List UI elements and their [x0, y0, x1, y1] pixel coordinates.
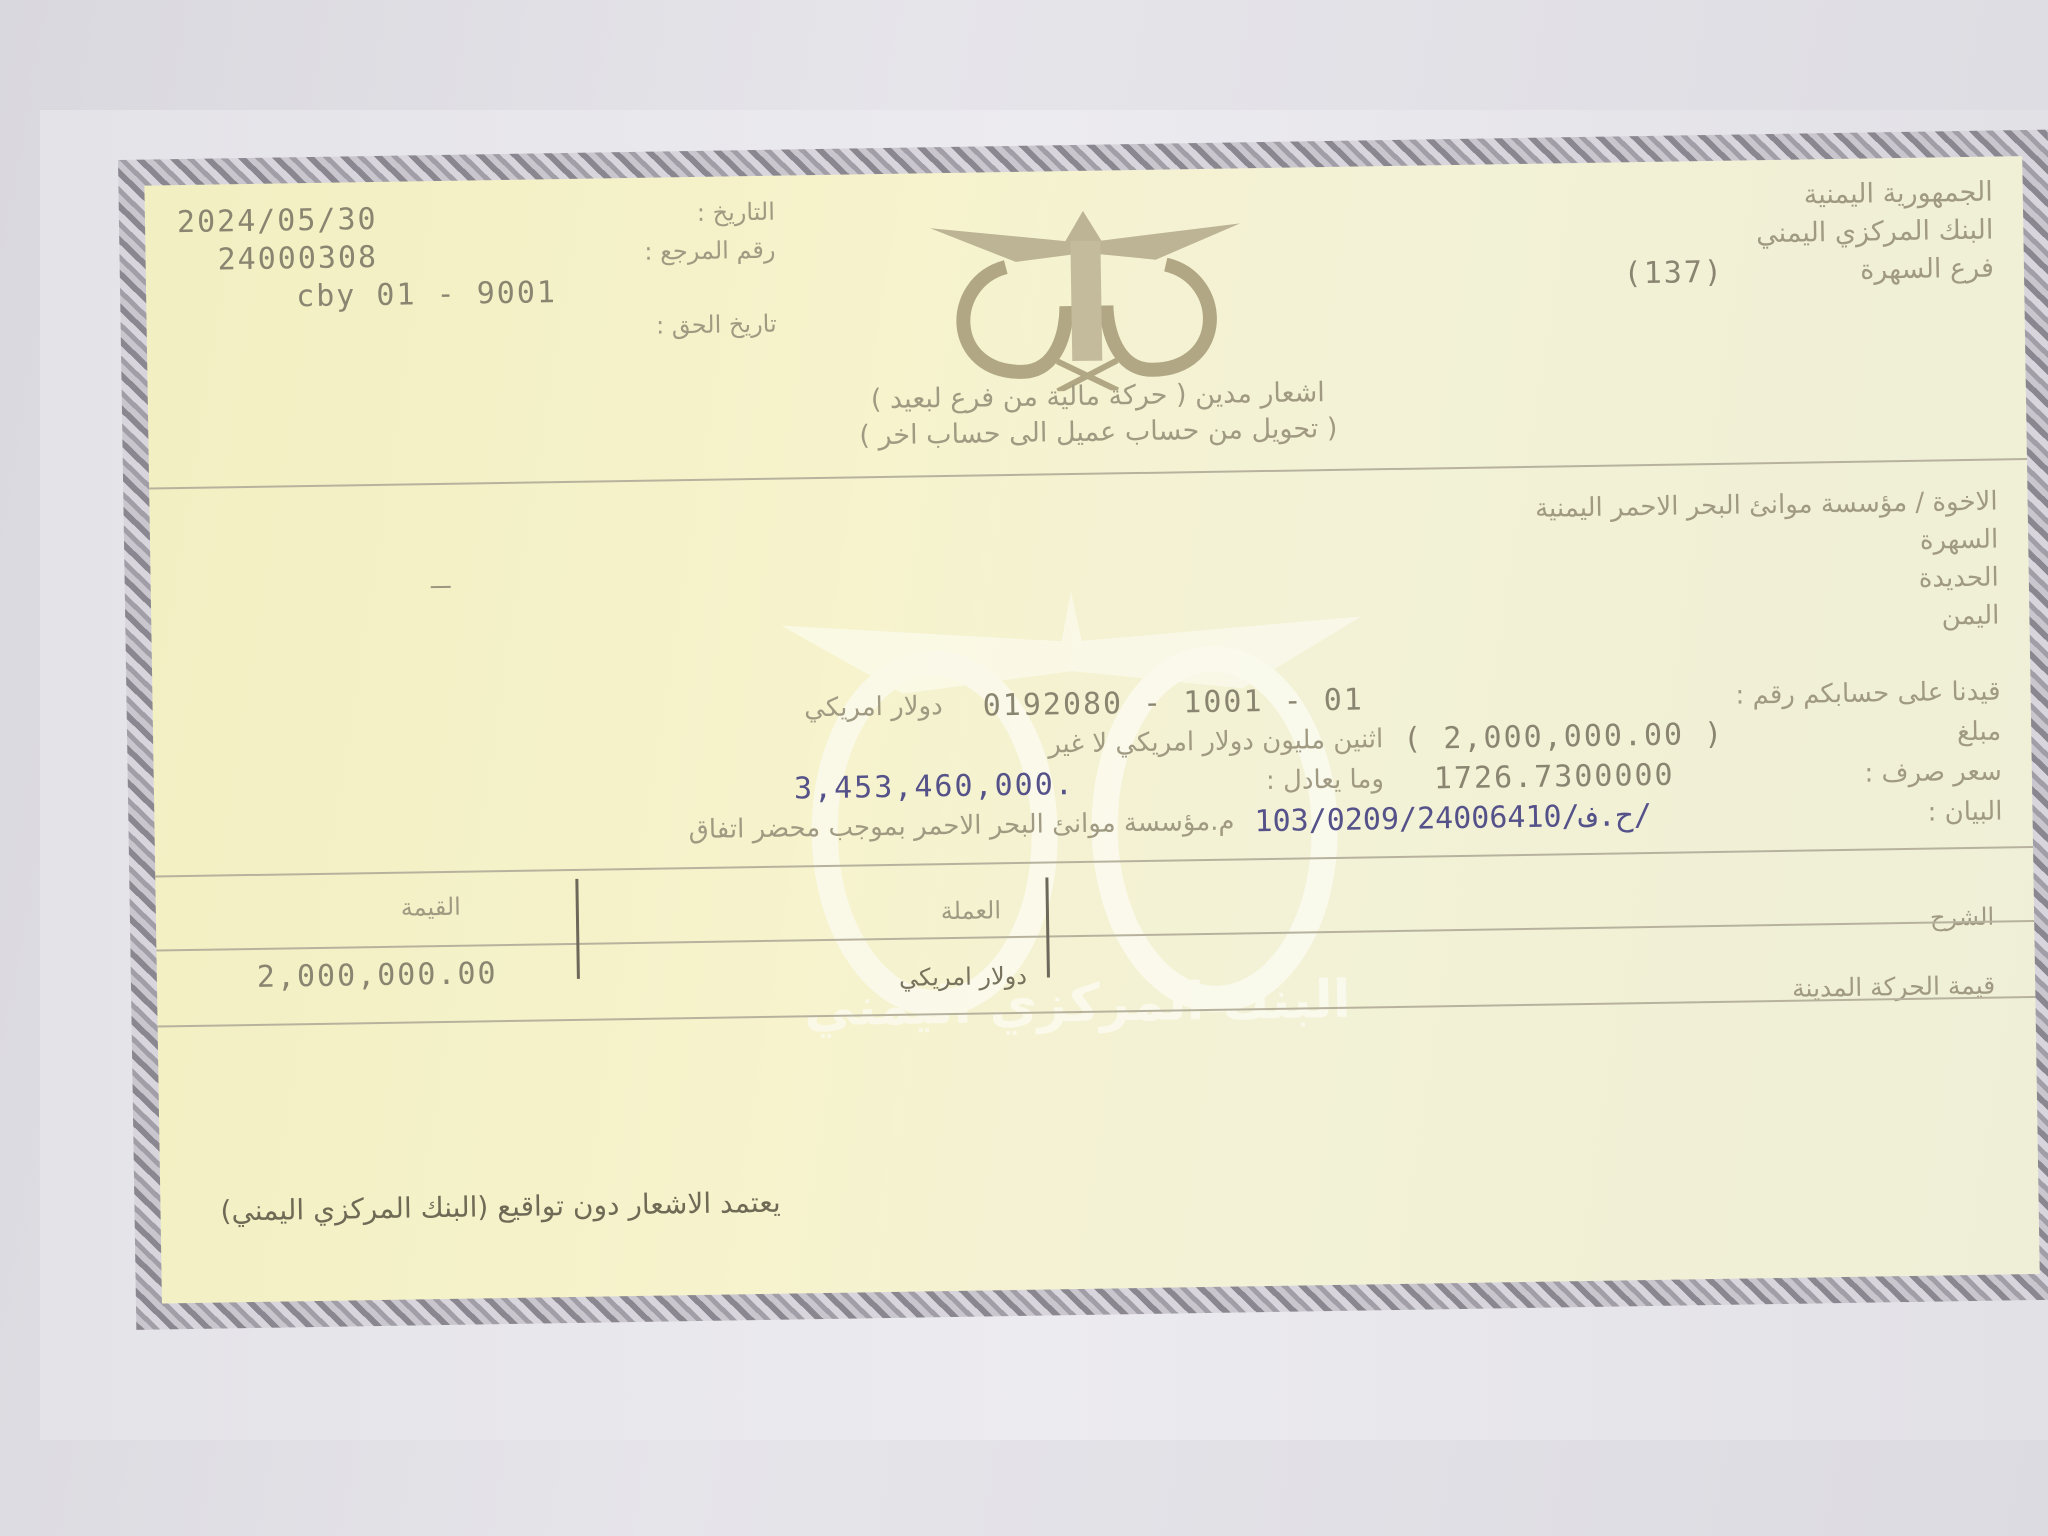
equivalent-value: 3,453,460,000.	[794, 767, 1075, 806]
certificate-border: البنك المركزي اليمني 2024/05/30 التاريخ …	[118, 130, 2048, 1330]
footer-note: يعتمد الاشعار دون تواقيع (البنك المركزي …	[220, 1186, 781, 1228]
statement-reference: ح.ف/103/0209/24006410/	[1254, 798, 1652, 839]
branch-code: (137)	[1623, 255, 1724, 292]
table-header-currency: العملة	[896, 896, 1046, 926]
column-separator	[575, 879, 580, 979]
table-row-currency: دولار امريكي	[777, 962, 1027, 994]
exchange-rate-label: سعر صرف :	[1864, 756, 2002, 788]
amount-value: ( 2,000,000.00 )	[1403, 717, 1724, 757]
table-header-description: الشرح	[1930, 903, 1995, 932]
equivalent-label: وما يعادل :	[1184, 764, 1384, 797]
republic-name: الجمهورية اليمنية	[1803, 177, 1992, 211]
debit-notice: البنك المركزي اليمني 2024/05/30 التاريخ …	[144, 156, 2039, 1303]
reference-value: 24000308	[217, 240, 378, 278]
branch-label: فرع السهرة	[1860, 253, 1994, 286]
addressee-country: اليمن	[1941, 601, 1999, 632]
statement-label: البيان :	[1927, 796, 2002, 827]
code-value: cby 01 - 9001	[296, 275, 557, 314]
account-number: 0192080 - 1001 - 01	[982, 683, 1364, 724]
divider	[149, 458, 2027, 489]
date-label: التاريخ :	[565, 198, 775, 229]
value-date-label: تاريخ الحق :	[536, 310, 776, 342]
addressee-city: السهرة	[1920, 525, 1999, 556]
dash-mark	[431, 586, 451, 588]
yemen-eagle-emblem-icon	[925, 208, 1248, 393]
exchange-rate-value: 1726.7300000	[1434, 758, 1675, 797]
addressee-region: الحديدة	[1918, 563, 1999, 594]
account-label: قيدنا على حسابكم رقم :	[1735, 676, 2001, 710]
addressee-name: الاخوة / مؤسسة موانئ البحر الاحمر اليمني…	[1535, 487, 1998, 524]
bank-name: البنك المركزي اليمني	[1756, 215, 1994, 250]
amount-label: مبلغ	[1957, 716, 2002, 747]
reference-label: رقم المرجع :	[565, 236, 775, 267]
account-currency: دولار امريكي	[692, 691, 942, 725]
date-value: 2024/05/30	[177, 202, 378, 240]
table-header-value: القيمة	[356, 892, 506, 922]
table-row-value: 2,000,000.00	[257, 956, 498, 995]
